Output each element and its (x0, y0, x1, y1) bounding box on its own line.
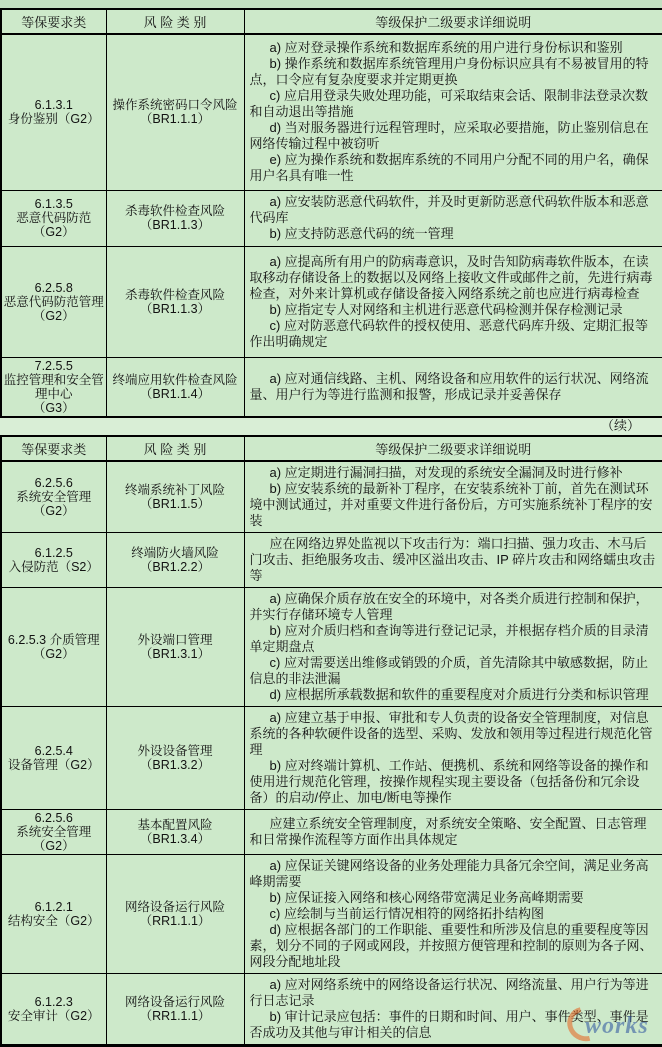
table-row: 6.2.5.6 系统安全管理 （G2） 终端系统补丁风险 （BR1.1.5） a… (1, 461, 662, 533)
table-row: 6.2.5.4 设备管理（G2） 外设设备管理 （BR1.3.2） a) 应建立… (1, 706, 662, 809)
req-line: 6.2.5.6 (3, 476, 105, 490)
col-header-risk-category: 风 险 类 别 (106, 436, 244, 461)
risk-cell: 网络设备运行风险 （RR1.1.1） (106, 854, 244, 973)
risk-line: 网络设备运行风险 (108, 995, 243, 1009)
req-line: 6.1.2.1 (3, 900, 105, 914)
req-line: 恶意代码防范 (3, 211, 105, 225)
req-line: 6.1.3.5 (3, 197, 105, 211)
risk-line: 基本配置风险 (108, 818, 243, 832)
risk-line: （BR1.1.1） (108, 112, 243, 126)
req-line: 系统安全管理 (3, 490, 105, 504)
detail-item: a) 应安装防恶意代码软件，并及时更新防恶意代码软件版本和恶意代码库 (250, 194, 659, 226)
detail-item: d) 应根据各部门的工作职能、重要性和所涉及信息的重要程度等因素，划分不同的子网… (250, 922, 659, 970)
req-line: 结构安全（G2） (3, 914, 105, 928)
req-line: 6.2.5.6 (3, 811, 105, 825)
risk-cell: 操作系统密码口令风险 （BR1.1.1） (106, 34, 244, 190)
continued-label: （续） (0, 418, 662, 435)
risk-line: 外设设备管理 (108, 744, 243, 758)
header-row: 等保要求类 风 险 类 别 等级保护二级要求详细说明 (1, 9, 662, 34)
table-row: 6.1.2.1 结构安全（G2） 网络设备运行风险 （RR1.1.1） a) 应… (1, 854, 662, 973)
req-line: （G2） (3, 309, 105, 323)
col-header-detail-description: 等级保护二级要求详细说明 (244, 436, 662, 461)
table-row: 6.1.3.5 恶意代码防范 （G2） 杀毒软件检查风险 （BR1.1.3） a… (1, 190, 662, 246)
req-line: （G3） (3, 401, 105, 415)
req-cell: 6.1.2.1 结构安全（G2） (1, 854, 106, 973)
table-row: 7.2.5.5 监控管理和安全管理中心 （G3） 终端应用软件检查风险 （BR1… (1, 357, 662, 417)
col-header-req-class: 等保要求类 (1, 436, 106, 461)
details-cell: a) 应提高所有用户的防病毒意识，及时告知防病毒软件版本，在读取移动存储设备上的… (244, 246, 662, 357)
table-row: 6.2.5.3 介质管理 （G2） 外设端口管理 （BR1.3.1） a) 应确… (1, 587, 662, 706)
risk-cell: 终端防火墙风险 （BR1.2.2） (106, 532, 244, 587)
req-line: （G2） (3, 504, 105, 518)
detail-item: c) 应启用登录失败处理功能，可采取结束会话、限制非法登录次数和自动退出等措施 (250, 88, 659, 120)
risk-line: （BR1.3.2） (108, 758, 243, 772)
req-line: （G2） (3, 225, 105, 239)
col-header-req-class: 等保要求类 (1, 9, 106, 34)
risk-line: 终端防火墙风险 (108, 546, 243, 560)
req-line: 入侵防范（S2） (3, 560, 105, 574)
req-cell: 6.1.3.1 身份鉴别（G2） (1, 34, 106, 190)
col-header-detail-description: 等级保护二级要求详细说明 (244, 9, 662, 34)
req-cell: 7.2.5.5 监控管理和安全管理中心 （G3） (1, 357, 106, 417)
risk-cell: 杀毒软件检查风险 （BR1.1.3） (106, 190, 244, 246)
details-cell: a) 应保证关键网络设备的业务处理能力具备冗余空间，满足业务高峰期需要 b) 应… (244, 854, 662, 973)
req-cell: 6.1.2.5 入侵防范（S2） (1, 532, 106, 587)
detail-item: a) 应确保介质存放在安全的环境中，对各类介质进行控制和保护，并实行存储环境专人… (250, 591, 659, 623)
risk-line: （RR1.1.1） (108, 914, 243, 928)
req-cell: 6.2.5.6 系统安全管理 （G2） (1, 461, 106, 533)
document-page: 等保要求类 风 险 类 别 等级保护二级要求详细说明 6.1.3.1 身份鉴别（… (0, 0, 662, 1047)
req-cell: 6.2.5.6 系统安全管理 （G2） (1, 809, 106, 854)
risk-line: （BR1.1.5） (108, 497, 243, 511)
risk-line: （BR1.1.3） (108, 218, 243, 232)
req-line: （G2） (3, 647, 105, 661)
risk-cell: 网络设备运行风险 （RR1.1.1） (106, 973, 244, 1045)
detail-item: b) 应指定专人对网络和主机进行恶意代码检测并保存检测记录 (250, 302, 659, 318)
table-row: 6.1.2.5 入侵防范（S2） 终端防火墙风险 （BR1.2.2） 应在网络边… (1, 532, 662, 587)
req-cell: 6.1.3.5 恶意代码防范 （G2） (1, 190, 106, 246)
detail-item: b) 应支持防恶意代码的统一管理 (250, 226, 659, 242)
detail-item: a) 应保证关键网络设备的业务处理能力具备冗余空间，满足业务高峰期需要 (250, 858, 659, 890)
risk-line: （BR1.1.3） (108, 302, 243, 316)
risk-cell: 外设设备管理 （BR1.3.2） (106, 706, 244, 809)
requirements-table-1: 等保要求类 风 险 类 别 等级保护二级要求详细说明 6.1.3.1 身份鉴别（… (0, 8, 662, 418)
details-cell: a) 应对网络系统中的网络设备运行状况、网络流量、用户行为等进行日志记录 b) … (244, 973, 662, 1045)
detail-item: b) 审计记录应包括：事件的日期和时间、用户、事件类型、事件是否成功及其他与审计… (250, 1009, 659, 1041)
req-cell: 6.1.2.3 安全审计（G2） (1, 973, 106, 1045)
detail-item: b) 操作系统和数据库系统管理用户身份标识应具有不易被冒用的特点，口令应有复杂度… (250, 56, 659, 88)
details-cell: a) 应安装防恶意代码软件，并及时更新防恶意代码软件版本和恶意代码库 b) 应支… (244, 190, 662, 246)
risk-line: 终端应用软件检查风险 (108, 373, 243, 387)
detail-item: a) 应对登录操作系统和数据库系统的用户进行身份标识和鉴别 (250, 40, 659, 56)
header-row: 等保要求类 风 险 类 别 等级保护二级要求详细说明 (1, 436, 662, 461)
details-cell: 应在网络边界处监视以下攻击行为：端口扫描、强力攻击、木马后门攻击、拒绝服务攻击、… (244, 532, 662, 587)
details-cell: a) 应定期进行漏洞扫描，对发现的系统安全漏洞及时进行修补 b) 应安装系统的最… (244, 461, 662, 533)
risk-line: 终端系统补丁风险 (108, 483, 243, 497)
req-line: 设备管理（G2） (3, 758, 105, 772)
detail-item: d) 当对服务器进行远程管理时，应采取必要措施，防止鉴别信息在网络传输过程中被窃… (250, 120, 659, 152)
detail-item: d) 应根据所承载数据和软件的重要程度对介质进行分类和标识管理 (250, 687, 659, 703)
details-cell: a) 应建立基于申报、审批和专人负责的设备安全管理制度，对信息系统的各种软硬件设… (244, 706, 662, 809)
details-cell: a) 应对登录操作系统和数据库系统的用户进行身份标识和鉴别 b) 操作系统和数据… (244, 34, 662, 190)
req-line: 6.1.3.1 (3, 98, 105, 112)
details-cell: 应建立系统安全管理制度，对系统安全策略、安全配置、日志管理和日常操作流程等方面作… (244, 809, 662, 854)
risk-cell: 外设端口管理 （BR1.3.1） (106, 587, 244, 706)
risk-line: 杀毒软件检查风险 (108, 204, 243, 218)
risk-line: 外设端口管理 (108, 633, 243, 647)
requirements-table-2: 等保要求类 风 险 类 别 等级保护二级要求详细说明 6.2.5.6 系统安全管… (0, 435, 662, 1047)
col-header-risk-category: 风 险 类 别 (106, 9, 244, 34)
details-cell: a) 应确保介质存放在安全的环境中，对各类介质进行控制和保护，并实行存储环境专人… (244, 587, 662, 706)
risk-cell: 终端应用软件检查风险 （BR1.1.4） (106, 357, 244, 417)
detail-item: c) 应绘制与当前运行情况相符的网络拓扑结构图 (250, 906, 659, 922)
risk-cell: 终端系统补丁风险 （BR1.1.5） (106, 461, 244, 533)
risk-cell: 基本配置风险 （BR1.3.4） (106, 809, 244, 854)
table-row: 6.1.3.1 身份鉴别（G2） 操作系统密码口令风险 （BR1.1.1） a)… (1, 34, 662, 190)
req-line: 安全审计（G2） (3, 1009, 105, 1023)
req-line: 身份鉴别（G2） (3, 112, 105, 126)
detail-item: a) 应对网络系统中的网络设备运行状况、网络流量、用户行为等进行日志记录 (250, 977, 659, 1009)
req-line: 7.2.5.5 (3, 359, 105, 373)
req-line: 恶意代码防范管理 (3, 295, 105, 309)
page-top-strip (0, 0, 662, 8)
req-line: 6.1.2.3 (3, 995, 105, 1009)
detail-item: b) 应对介质归档和查询等进行登记记录，并根据存档介质的目录清单定期盘点 (250, 623, 659, 655)
detail-item: a) 应建立基于申报、审批和专人负责的设备安全管理制度，对信息系统的各种软硬件设… (250, 710, 659, 758)
risk-line: （BR1.3.1） (108, 647, 243, 661)
detail-item: b) 应安装系统的最新补丁程序，在安装系统补丁前，首先在测试环境中测试通过，并对… (250, 481, 659, 529)
detail-item: c) 应对防恶意代码软件的授权使用、恶意代码库升级、定期汇报等作出明确规定 (250, 318, 659, 350)
req-cell: 6.2.5.8 恶意代码防范管理 （G2） (1, 246, 106, 357)
details-cell: a) 应对通信线路、主机、网络设备和应用软件的运行状况、网络流量、用户行为等进行… (244, 357, 662, 417)
req-line: 6.2.5.8 (3, 281, 105, 295)
table-row: 6.2.5.8 恶意代码防范管理 （G2） 杀毒软件检查风险 （BR1.1.3）… (1, 246, 662, 357)
risk-line: 网络设备运行风险 (108, 900, 243, 914)
risk-cell: 杀毒软件检查风险 （BR1.1.3） (106, 246, 244, 357)
detail-item: 应建立系统安全管理制度，对系统安全策略、安全配置、日志管理和日常操作流程等方面作… (250, 816, 659, 848)
req-line: 6.2.5.4 (3, 744, 105, 758)
risk-line: （BR1.2.2） (108, 560, 243, 574)
detail-item: b) 应保证接入网络和核心网络带宽满足业务高峰期需要 (250, 890, 659, 906)
risk-line: 操作系统密码口令风险 (108, 98, 243, 112)
detail-item: 应在网络边界处监视以下攻击行为：端口扫描、强力攻击、木马后门攻击、拒绝服务攻击、… (250, 536, 659, 584)
req-line: 6.1.2.5 (3, 546, 105, 560)
detail-item: c) 应对需要送出维修或销毁的介质，首先清除其中敏感数据，防止信息的非法泄漏 (250, 655, 659, 687)
req-line: （G2） (3, 839, 105, 853)
detail-item: a) 应对通信线路、主机、网络设备和应用软件的运行状况、网络流量、用户行为等进行… (250, 371, 659, 403)
risk-line: （RR1.1.1） (108, 1009, 243, 1023)
detail-item: a) 应定期进行漏洞扫描，对发现的系统安全漏洞及时进行修补 (250, 465, 659, 481)
table-row: 6.1.2.3 安全审计（G2） 网络设备运行风险 （RR1.1.1） a) 应… (1, 973, 662, 1045)
detail-item: b) 应对终端计算机、工作站、便携机、系统和网络等设备的操作和使用进行规范化管理… (250, 758, 659, 806)
req-cell: 6.2.5.3 介质管理 （G2） (1, 587, 106, 706)
risk-line: 杀毒软件检查风险 (108, 288, 243, 302)
detail-item: e) 应为操作系统和数据库系统的不同用户分配不同的用户名，确保用户名具有唯一性 (250, 152, 659, 184)
req-line: 系统安全管理 (3, 825, 105, 839)
req-cell: 6.2.5.4 设备管理（G2） (1, 706, 106, 809)
table-row: 6.2.5.6 系统安全管理 （G2） 基本配置风险 （BR1.3.4） 应建立… (1, 809, 662, 854)
req-line: 6.2.5.3 介质管理 (3, 633, 105, 647)
detail-item: a) 应提高所有用户的防病毒意识，及时告知防病毒软件版本，在读取移动存储设备上的… (250, 254, 659, 302)
risk-line: （BR1.3.4） (108, 832, 243, 846)
req-line: 监控管理和安全管理中心 (3, 373, 105, 401)
risk-line: （BR1.1.4） (108, 387, 243, 401)
